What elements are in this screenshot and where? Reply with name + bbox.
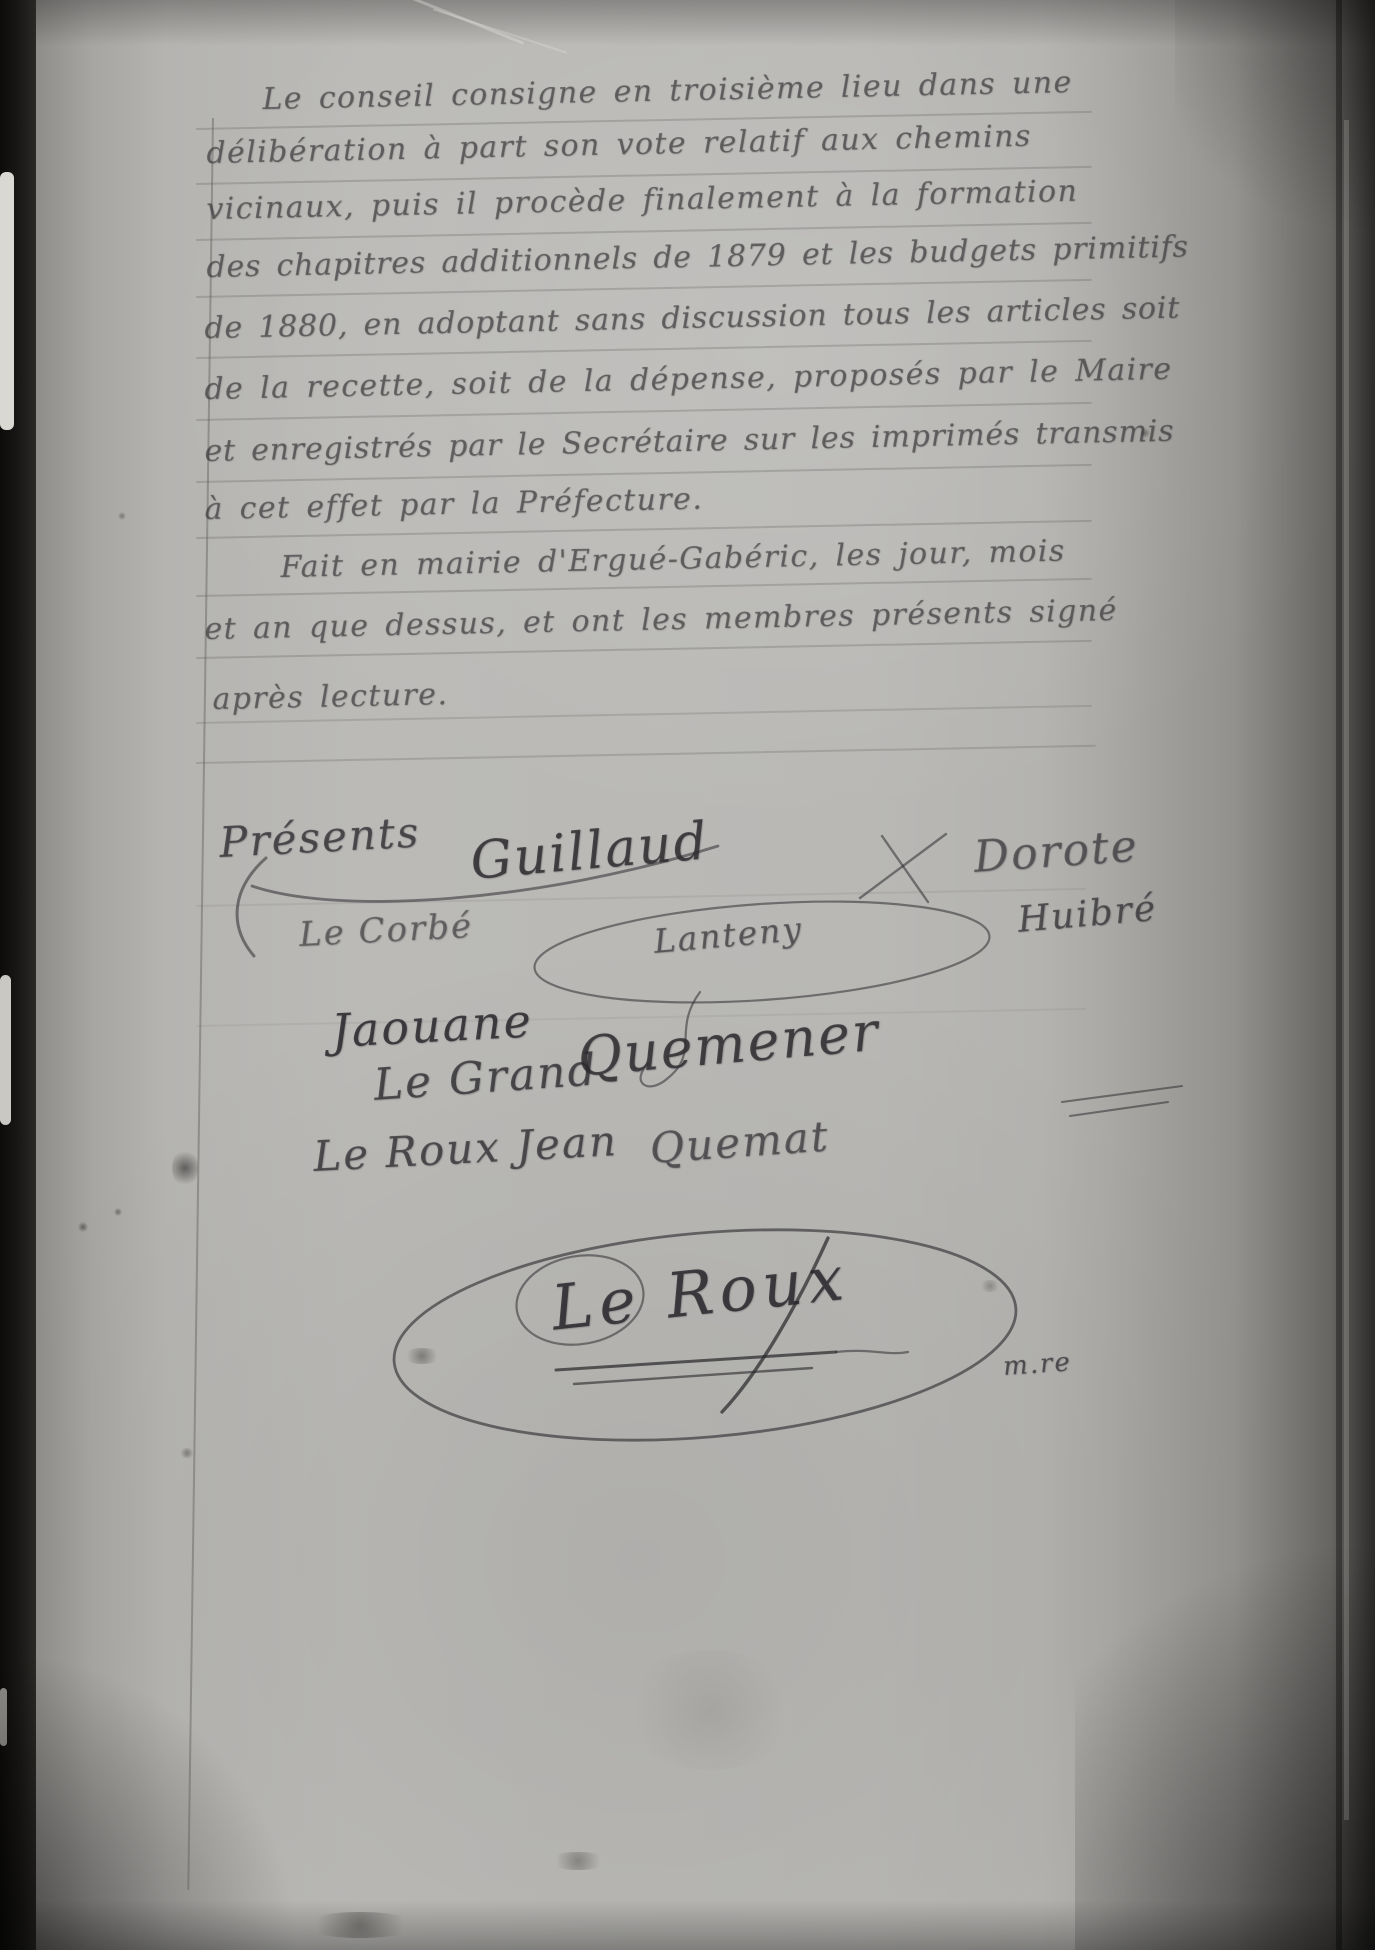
signature-presents-heading: Présents: [218, 807, 421, 866]
page-edge-sliver: [0, 975, 11, 1125]
scanned-register-photo: Le conseil consigne en troisième lieu da…: [0, 0, 1375, 1950]
page-edge-sliver: [0, 172, 14, 430]
signature-jaouane: Jaouane: [330, 993, 534, 1057]
handwritten-line: après lecture.: [212, 677, 449, 717]
signature-maire-title: m.re: [1002, 1347, 1073, 1382]
page-edge-sliver: [0, 1688, 7, 1746]
binding-edge: [0, 0, 36, 1950]
